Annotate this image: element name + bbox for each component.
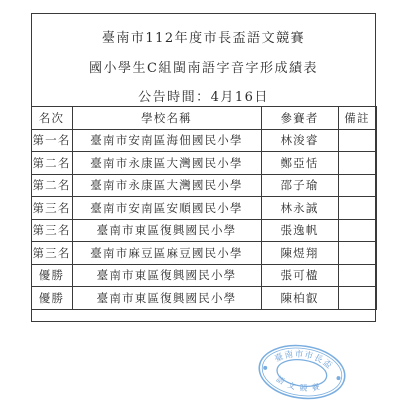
rank-cell: 優勝: [31, 264, 72, 287]
school-cell: 臺南市永康區大灣國民小學: [72, 174, 261, 197]
header-participant: 參賽者: [261, 107, 338, 130]
note-cell: [338, 287, 376, 310]
rank-cell: 第三名: [31, 219, 72, 242]
school-cell: 臺南市安南區安順國民小學: [72, 197, 261, 220]
school-cell: 臺南市東區復興國民小學: [72, 219, 261, 242]
note-cell: [338, 152, 376, 175]
school-cell: 臺南市麻豆區麻豆國民小學: [72, 242, 261, 265]
school-cell: 臺南市東區復興國民小學: [72, 264, 261, 287]
table-row: 第三名 臺南市安南區安順國民小學 林永誠: [31, 197, 376, 220]
header-school: 學校名稱: [72, 107, 261, 130]
rank-cell: 第二名: [31, 152, 72, 175]
header-rank: 名次: [31, 107, 72, 130]
results-table: 名次 學校名稱 參賽者 備註 第一名 臺南市安南區海佃國民小學 林浚睿 第二名 …: [31, 106, 377, 310]
header-note: 備註: [338, 107, 376, 130]
table-row: 第一名 臺南市安南區海佃國民小學 林浚睿: [31, 129, 376, 152]
participant-cell: 邵子瑜: [261, 174, 338, 197]
participant-cell: 陳柏叡: [261, 287, 338, 310]
participant-cell: 鄭亞恬: [261, 152, 338, 175]
note-cell: [338, 242, 376, 265]
rank-cell: 第三名: [31, 242, 72, 265]
table-row: 第二名 臺南市永康區大灣國民小學 鄭亞恬: [31, 152, 376, 175]
table-row: 優勝 臺南市東區復興國民小學 陳柏叡: [31, 287, 376, 310]
school-cell: 臺南市永康區大灣國民小學: [72, 152, 261, 175]
note-cell: [338, 219, 376, 242]
title-block: 臺南市112年度市長盃語文競賽 國小學生C組閩南語字音字形成績表 公告時間：4月…: [32, 14, 375, 107]
note-cell: [338, 264, 376, 287]
rank-cell: 第一名: [31, 129, 72, 152]
results-sheet: 臺南市112年度市長盃語文競賽 國小學生C組閩南語字音字形成績表 公告時間：4月…: [31, 13, 376, 322]
official-seal-stamp: 臺南市市長盃 語文競賽: [256, 343, 348, 401]
school-cell: 臺南市安南區海佃國民小學: [72, 129, 261, 152]
participant-cell: 張逸帆: [261, 219, 338, 242]
svg-text:臺南市市長盃: 臺南市市長盃: [272, 345, 336, 373]
participant-cell: 林永誠: [261, 197, 338, 220]
participant-cell: 林浚睿: [261, 129, 338, 152]
table-row: 第三名 臺南市東區復興國民小學 張逸帆: [31, 219, 376, 242]
announcement-date: 公告時間：4月16日: [32, 86, 375, 105]
note-cell: [338, 174, 376, 197]
participant-cell: 張可楹: [261, 264, 338, 287]
note-cell: [338, 197, 376, 220]
rank-cell: 第三名: [31, 197, 72, 220]
table-title: 國小學生C組閩南語字音字形成績表: [32, 57, 375, 76]
participant-cell: 陳煜翔: [261, 242, 338, 265]
table-row: 第二名 臺南市永康區大灣國民小學 邵子瑜: [31, 174, 376, 197]
rank-cell: 優勝: [31, 287, 72, 310]
rank-cell: 第二名: [31, 174, 72, 197]
note-cell: [338, 129, 376, 152]
table-row: 優勝 臺南市東區復興國民小學 張可楹: [31, 264, 376, 287]
competition-title: 臺南市112年度市長盃語文競賽: [32, 27, 375, 46]
table-header-row: 名次 學校名稱 參賽者 備註: [31, 107, 376, 130]
table-row: 第三名 臺南市麻豆區麻豆國民小學 陳煜翔: [31, 242, 376, 265]
school-cell: 臺南市東區復興國民小學: [72, 287, 261, 310]
